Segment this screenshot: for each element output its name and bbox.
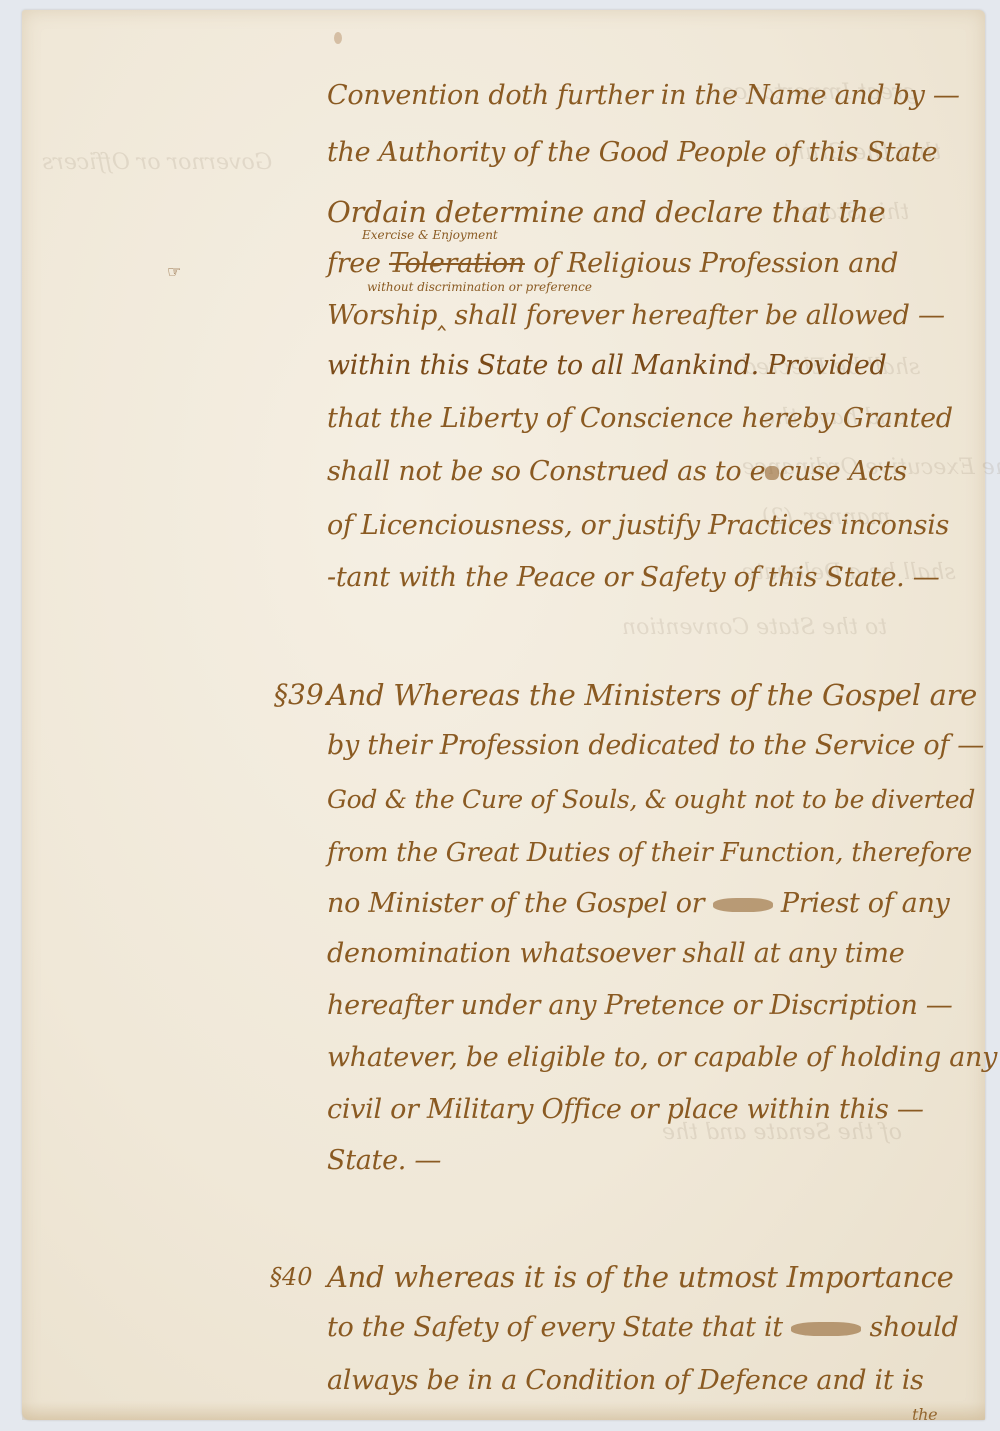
line-remainder: Acts <box>849 456 907 487</box>
text-line: whatever, be eligible to, or capable of … <box>327 1042 997 1073</box>
text-line: Ordain determine and declare that the <box>327 195 885 229</box>
text-line: hereafter under any Pretence or Discript… <box>327 990 953 1021</box>
ink-blot <box>791 1322 861 1336</box>
line-remainder: of Religious Profession and <box>533 248 898 279</box>
word-free: free <box>327 248 381 279</box>
text-line: the Authority of the Good People of this… <box>327 137 937 168</box>
text-line: of Licenciousness, or justify Practices … <box>327 510 949 541</box>
line-remainder: should <box>869 1312 958 1343</box>
text-line: State. — <box>327 1145 441 1176</box>
text-line: always be in a Condition of Defence and … <box>327 1365 924 1396</box>
ink-blot <box>713 898 773 912</box>
text-line: that the Liberty of Conscience hereby Gr… <box>327 403 953 434</box>
word-excuse: ecuse <box>750 456 841 487</box>
bleed-through-text: to the State Convention <box>622 615 887 640</box>
text-line: by their Profession dedicated to the Ser… <box>327 730 984 761</box>
text-line: God & the Cure of Souls, & ought not to … <box>327 785 975 814</box>
line-text: shall not be so Construed as to <box>327 456 741 487</box>
line-text: to the Safety of every State that it <box>327 1312 783 1343</box>
line-remainder: shall forever hereafter be allowed — <box>454 300 944 331</box>
text-line: free Toleration of Religious Profession … <box>327 248 898 279</box>
catchword: the <box>912 1405 937 1424</box>
text-line: civil or Military Office or place within… <box>327 1094 924 1125</box>
word-worship: Worship <box>327 300 437 331</box>
text-line: -tant with the Peace or Safety of this S… <box>327 562 939 593</box>
text-line: Worship‸ shall forever hereafter be allo… <box>327 300 945 331</box>
bleed-through-text: Governor or Officers <box>42 150 272 175</box>
text-line: Convention doth further in the Name and … <box>327 80 960 111</box>
interlinear-insertion: Exercise & Enjoyment <box>362 228 498 242</box>
text-line: denomination whatsoever shall at any tim… <box>327 938 904 969</box>
interlinear-insertion: without discrimination or preference <box>367 280 592 294</box>
struck-word: Toleration <box>389 248 525 279</box>
margin-pointer-icon: ☞ <box>167 262 181 281</box>
text-line: shall not be so Construed as to ecuse Ac… <box>327 456 907 487</box>
text-line: And whereas it is of the utmost Importan… <box>327 1260 953 1294</box>
text-line: from the Great Duties of their Function,… <box>327 838 972 868</box>
text-line: to the Safety of every State that it sho… <box>327 1312 958 1343</box>
line-remainder: Priest of any <box>781 888 950 919</box>
paper-stain <box>334 32 342 44</box>
line-text: no Minister of the Gospel or <box>327 888 704 919</box>
section-number: §39. <box>274 678 333 711</box>
text-line: no Minister of the Gospel or Priest of a… <box>327 888 950 919</box>
section-number: §40 <box>270 1263 313 1291</box>
text-line: within this State to all Mankind. Provid… <box>327 350 887 381</box>
text-line: And Whereas the Ministers of the Gospel … <box>327 678 977 712</box>
manuscript-page: great Importance that the Grant this Sta… <box>22 10 985 1420</box>
caret: ‸ <box>437 300 446 331</box>
